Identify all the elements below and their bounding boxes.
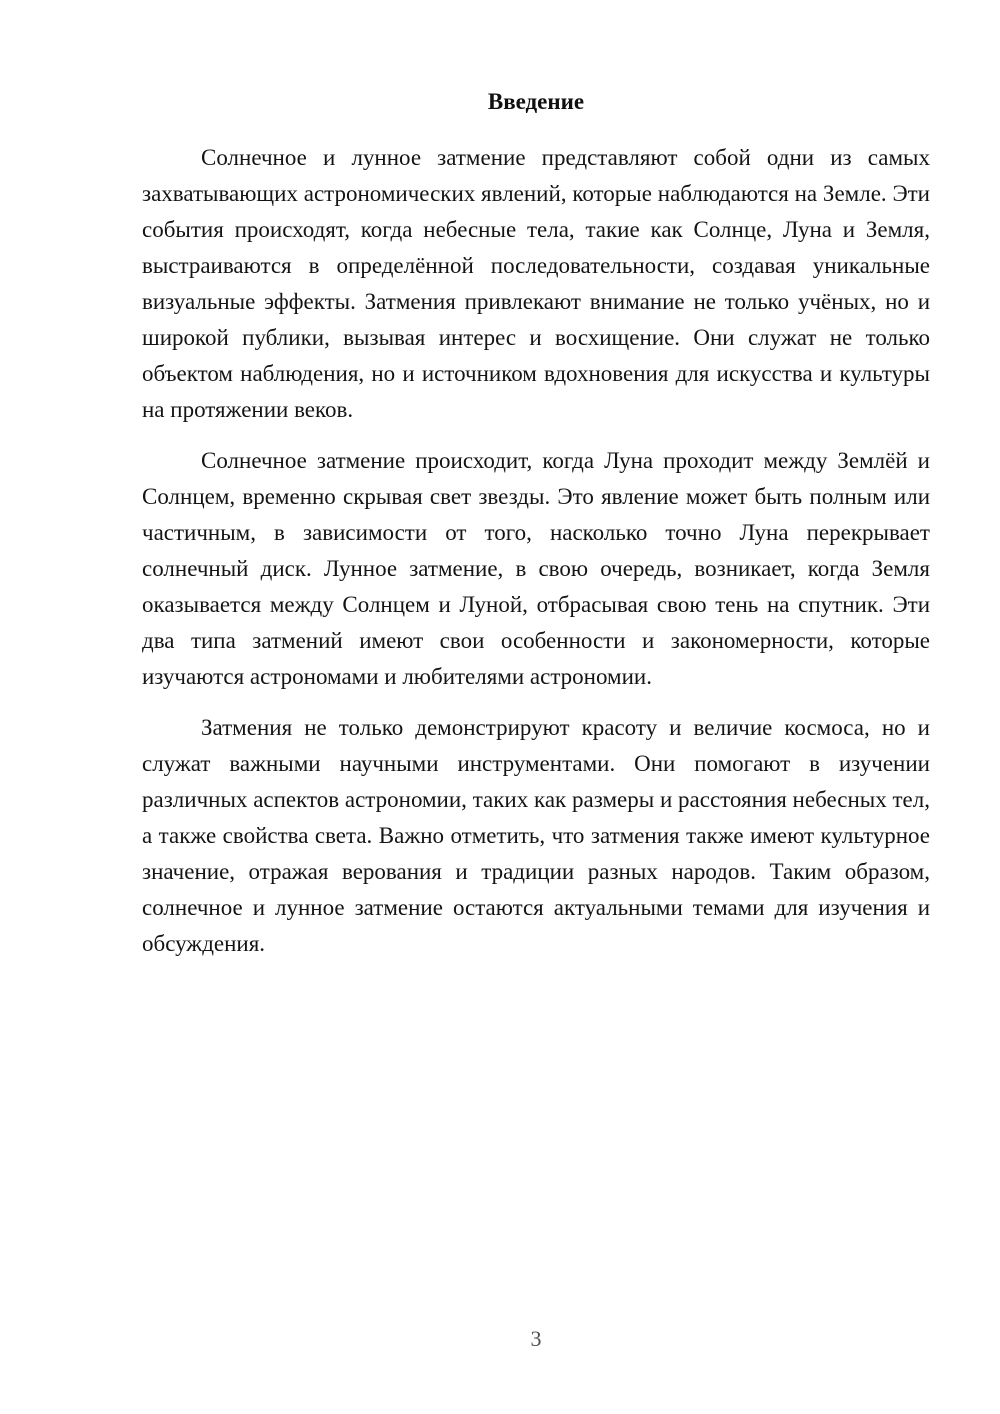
section-title: Введение [142, 88, 930, 116]
paragraph-3: Затмения не только демонстрируют красоту… [142, 710, 930, 962]
paragraph-1: Солнечное и лунное затмение представляют… [142, 140, 930, 428]
page-number: 3 [531, 1326, 542, 1351]
document-page: Введение Солнечное и лунное затмение пре… [0, 0, 1000, 1414]
paragraph-2: Солнечное затмение происходит, когда Лун… [142, 443, 930, 695]
page-footer: 3 [142, 1326, 930, 1352]
document-body: Введение Солнечное и лунное затмение пре… [142, 88, 930, 962]
